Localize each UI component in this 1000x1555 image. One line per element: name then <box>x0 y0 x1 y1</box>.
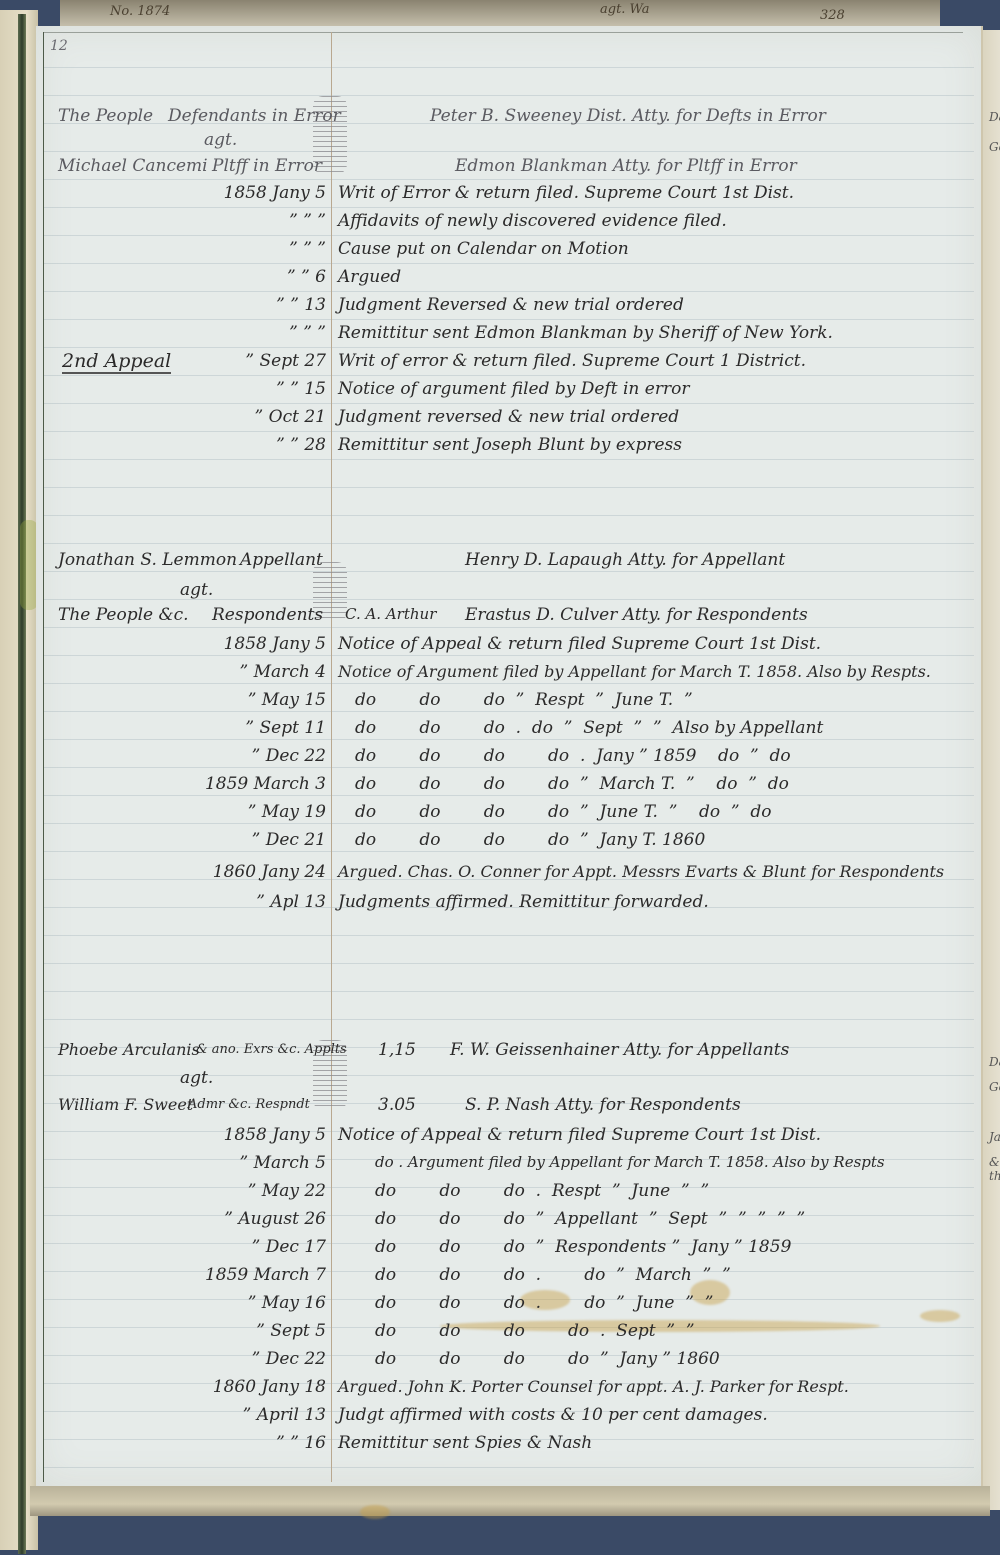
page-number: 12 <box>50 38 68 54</box>
fragment-text: Geb <box>989 1080 1000 1094</box>
fee-amount: 1,15 <box>378 1040 416 1060</box>
entry-text: do do do do ” Jany T. 1860 <box>355 830 705 850</box>
against-label: agt. <box>180 580 213 600</box>
strip-text: No. 1874 <box>110 4 170 19</box>
entry-date: ” May 19 <box>190 802 326 822</box>
party-name: Michael Cancemi <box>58 156 208 176</box>
entry-text: Notice of Argument filed by Appellant fo… <box>338 662 931 681</box>
party-name: Jonathan S. Lemmon <box>58 550 237 570</box>
attorney-line: Erastus D. Culver Atty. for Respondents <box>465 605 808 625</box>
entry-date: 1859 March 7 <box>190 1265 326 1285</box>
fragment-text: Dan <box>989 110 1000 124</box>
entry-text: Notice of Appeal & return filed Supreme … <box>338 634 821 654</box>
entry-date: ” May 22 <box>190 1181 326 1201</box>
party-role: Admr &c. Respndt <box>188 1097 310 1112</box>
entry-date: ” March 5 <box>190 1153 326 1173</box>
fragment-text: Jac <box>989 1130 1000 1144</box>
entry-date: ” ” 15 <box>200 379 326 399</box>
party-role: Pltff in Error <box>212 156 322 176</box>
page-frame-top <box>43 32 963 33</box>
entry-text: do do do . do ” June ” ” <box>375 1293 713 1313</box>
entry-text: Notice of Appeal & return filed Supreme … <box>338 1125 821 1145</box>
entry-date: ” May 16 <box>190 1293 326 1313</box>
strip-page-number: 328 <box>820 8 845 23</box>
entry-date: 1858 Jany 5 <box>190 1125 326 1145</box>
entry-date: ” Sept 5 <box>190 1321 326 1341</box>
margin-note: 2nd Appeal <box>62 350 171 374</box>
entry-text: do do do . do ” Sept ” ” Also by Appella… <box>355 718 823 738</box>
entry-date: ” Dec 22 <box>190 1349 326 1369</box>
page-frame-left <box>43 32 44 1482</box>
date-column-rule <box>331 32 332 1482</box>
book-binding <box>18 14 26 1554</box>
strip-text: agt. Wa <box>600 2 650 17</box>
entry-date: ” ” ” <box>200 211 326 231</box>
entry-date: 1860 Jany 18 <box>190 1377 326 1397</box>
entry-text: Argued. Chas. O. Conner for Appt. Messrs… <box>338 862 944 881</box>
entry-text: Remittitur sent Joseph Blunt by express <box>338 435 682 455</box>
entry-text: do do do do . Jany ” 1859 do ” do <box>355 746 791 766</box>
party-role: Defendants in Error <box>168 106 341 126</box>
entry-text: Remittitur sent Spies & Nash <box>338 1433 592 1453</box>
attorney-line: F. W. Geissenhainer Atty. for Appellants <box>450 1040 789 1060</box>
entry-date: ” Oct 21 <box>200 407 326 427</box>
entry-date: ” August 26 <box>190 1209 326 1229</box>
entry-text: do do do do ” March T. ” do ” do <box>355 774 789 794</box>
entry-date: ” ” 6 <box>200 267 326 287</box>
entry-date: ” ” ” <box>200 239 326 259</box>
party-name: The People <box>58 106 153 126</box>
against-label: agt. <box>204 130 237 150</box>
fragment-text: & the <box>989 1155 1000 1183</box>
entry-text: Argued <box>338 267 401 287</box>
entry-text: do do do do ” Jany ” 1860 <box>375 1349 720 1369</box>
party-name: Phoebe Arculanis <box>58 1040 200 1059</box>
entry-text: do do do . do ” March ” ” <box>375 1265 731 1285</box>
party-role: Appellant <box>240 550 323 570</box>
entry-date: 1859 March 3 <box>190 774 326 794</box>
entry-text: do do do ” Respt ” June T. ” <box>355 690 693 710</box>
against-label: agt. <box>180 1068 213 1088</box>
counsel-note: C. A. Arthur <box>345 605 436 623</box>
entry-text: Judgment Reversed & new trial ordered <box>338 295 684 315</box>
entry-date: 1860 Jany 24 <box>190 862 326 882</box>
entry-text: Judgt affirmed with costs & 10 per cent … <box>338 1405 768 1425</box>
attorney-line: Henry D. Lapaugh Atty. for Appellant <box>465 550 785 570</box>
entry-text: Argued. John K. Porter Counsel for appt.… <box>338 1377 849 1396</box>
entry-text: Writ of Error & return filed. Supreme Co… <box>338 183 794 203</box>
party-role: Respondents <box>212 605 323 625</box>
entry-date: ” Apl 13 <box>190 892 326 912</box>
party-name: William F. Sweet <box>58 1095 193 1114</box>
attorney-line: Edmon Blankman Atty. for Pltff in Error <box>455 156 797 176</box>
entry-text: do do do ” Respondents ” Jany ” 1859 <box>375 1237 791 1257</box>
entry-text: Remittitur sent Edmon Blankman by Sherif… <box>338 323 833 343</box>
entry-text: do do do . Respt ” June ” ” <box>375 1181 709 1201</box>
bottom-page-edge <box>30 1486 990 1516</box>
fee-amount: 3.05 <box>378 1095 416 1115</box>
stain <box>360 1505 390 1519</box>
entry-date: ” ” ” <box>200 323 326 343</box>
entry-date: ” Sept 11 <box>190 718 326 738</box>
party-name: The People &c. <box>58 605 189 625</box>
entry-date: ” May 15 <box>190 690 326 710</box>
entry-date: ” ” 28 <box>200 435 326 455</box>
entry-date: ” ” 13 <box>200 295 326 315</box>
entry-date: ” Dec 21 <box>190 830 326 850</box>
ledger-scan: No. 1874 agt. Wa 328 Dan Geb Dan Geb Jac… <box>0 0 1000 1555</box>
entry-text: do do do do . Sept ” ” <box>375 1321 695 1341</box>
entry-text: do do do ” Appellant ” Sept ” ” ” ” ” <box>375 1209 805 1229</box>
entry-date: ” Dec 17 <box>190 1237 326 1257</box>
entry-date: ” April 13 <box>190 1405 326 1425</box>
entry-text: do . Argument filed by Appellant for Mar… <box>375 1153 885 1171</box>
entry-text: Notice of argument filed by Deft in erro… <box>338 379 689 399</box>
attorney-line: Peter B. Sweeney Dist. Atty. for Defts i… <box>430 106 826 126</box>
entry-date: ” Dec 22 <box>190 746 326 766</box>
entry-date: 1858 Jany 5 <box>190 634 326 654</box>
entry-date: ” Sept 27 <box>200 351 326 371</box>
entry-text: Judgment reversed & new trial ordered <box>338 407 679 427</box>
entry-text: do do do do ” June T. ” do ” do <box>355 802 772 822</box>
fragment-text: Geb <box>989 140 1000 154</box>
entry-text: Writ of error & return filed. Supreme Co… <box>338 351 806 371</box>
fragment-text: Dan <box>989 1055 1000 1069</box>
entry-date: ” ” 16 <box>190 1433 326 1453</box>
stain <box>920 1310 960 1322</box>
attorney-line: S. P. Nash Atty. for Respondents <box>465 1095 741 1115</box>
entry-date: ” March 4 <box>190 662 326 682</box>
entry-text: Judgments affirmed. Remittitur forwarded… <box>338 892 709 912</box>
party-role: & ano. Exrs &c. Applts <box>196 1042 347 1057</box>
entry-text: Affidavits of newly discovered evidence … <box>338 211 727 231</box>
top-torn-strip: No. 1874 agt. Wa 328 <box>60 0 940 28</box>
entry-text: Cause put on Calendar on Motion <box>338 239 629 259</box>
entry-date: 1858 Jany 5 <box>200 183 326 203</box>
